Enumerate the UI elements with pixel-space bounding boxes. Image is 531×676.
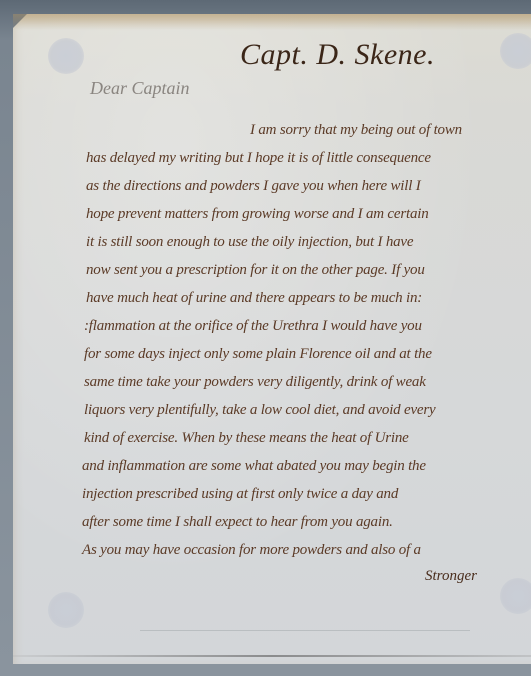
body-line: has delayed my writing but I hope it is … xyxy=(86,150,431,167)
body-line: it is still soon enough to use the oily … xyxy=(86,234,413,251)
salutation: Dear Captain xyxy=(90,78,190,99)
body-line: have much heat of urine and there appear… xyxy=(86,290,422,307)
body-line: same time take your powders very diligen… xyxy=(84,374,426,391)
mount-pin-mark-top-left xyxy=(48,38,84,74)
mount-pin-mark-bottom-left xyxy=(48,592,84,628)
body-line: now sent you a prescription for it on th… xyxy=(86,262,425,279)
body-line: :flammation at the orifice of the Urethr… xyxy=(84,318,422,335)
paper-crease xyxy=(140,630,470,631)
body-line: for some days inject only some plain Flo… xyxy=(84,346,432,363)
addressee-heading: Capt. D. Skene. xyxy=(240,38,435,72)
body-line: liquors very plentifully, take a low coo… xyxy=(84,402,435,419)
page-fold-line xyxy=(13,655,531,657)
letter-sheet xyxy=(13,14,531,664)
body-line: as the directions and powders I gave you… xyxy=(86,178,421,195)
body-line: hope prevent matters from growing worse … xyxy=(86,206,429,223)
catchword: Stronger xyxy=(425,568,477,585)
body-line: kind of exercise. When by these means th… xyxy=(84,430,409,447)
body-line: and inflammation are some what abated yo… xyxy=(82,458,426,475)
mount-pin-mark-bottom-right xyxy=(500,578,531,614)
body-line: As you may have occasion for more powder… xyxy=(82,542,421,559)
body-line: after some time I shall expect to hear f… xyxy=(82,514,393,531)
body-line: I am sorry that my being out of town xyxy=(250,122,462,139)
sheet-top-stain xyxy=(13,14,531,30)
body-line: injection prescribed using at first only… xyxy=(82,486,398,503)
mount-pin-mark-top-right xyxy=(500,33,531,69)
